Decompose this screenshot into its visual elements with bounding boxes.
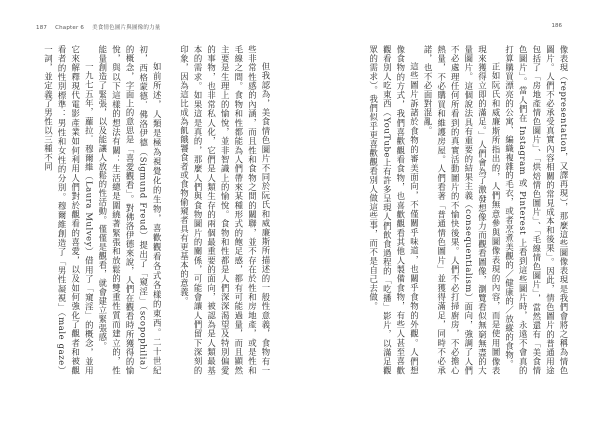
chapter-title: 美食情色圖片與圖像的力量	[92, 25, 160, 31]
body-text: 但我認為，美食情色圖片不同於阮氏和威廉斯所描述的一般性意義，食物有一些非常性感的…	[10, 45, 272, 375]
paragraph: 如前所述，人類是極為視覺化的生物，喜歡觀看各式各樣的東西。二十世紀初，西格蒙德．…	[95, 45, 163, 375]
paragraph: 這些圖片訴諸於食物的審美面向，不僅關乎味道，也關乎食物的外觀。人們想像食物的方式…	[366, 45, 420, 375]
body-text: 像表現（representation，又譯再現），那麼這些圖像表現是我們會將之稱…	[310, 45, 570, 375]
paragraph: 正如阮氏和威廉斯所指出的，人們無意參與圖像表現的內容，而是使用圖像表現來獲得立即…	[420, 45, 502, 375]
paragraph: 像表現（representation，又譯再現），那麼這些圖像表現是我們會將之稱…	[502, 45, 570, 375]
page-number: 187	[36, 25, 47, 31]
page-number: 186	[552, 23, 563, 29]
paragraph: 但我認為，美食情色圖片不同於阮氏和威廉斯所描述的一般性意義，食物有一些非常性感的…	[177, 45, 272, 375]
right-page: 186 像表現（representation，又譯再現），那麼這些圖像表現是我們…	[300, 0, 600, 425]
left-page: 187 Chapter 6 美食情色圖片與圖像的力量 但我認為，美食情色圖片不同…	[0, 0, 300, 425]
running-head: 187 Chapter 6 美食情色圖片與圖像的力量	[36, 23, 166, 31]
chapter-label: Chapter 6	[55, 25, 84, 31]
paragraph: 一九七五年，蘿拉．穆爾維（Laura Mulvey）借用了「窺淫」的概念，並用它…	[41, 45, 95, 375]
